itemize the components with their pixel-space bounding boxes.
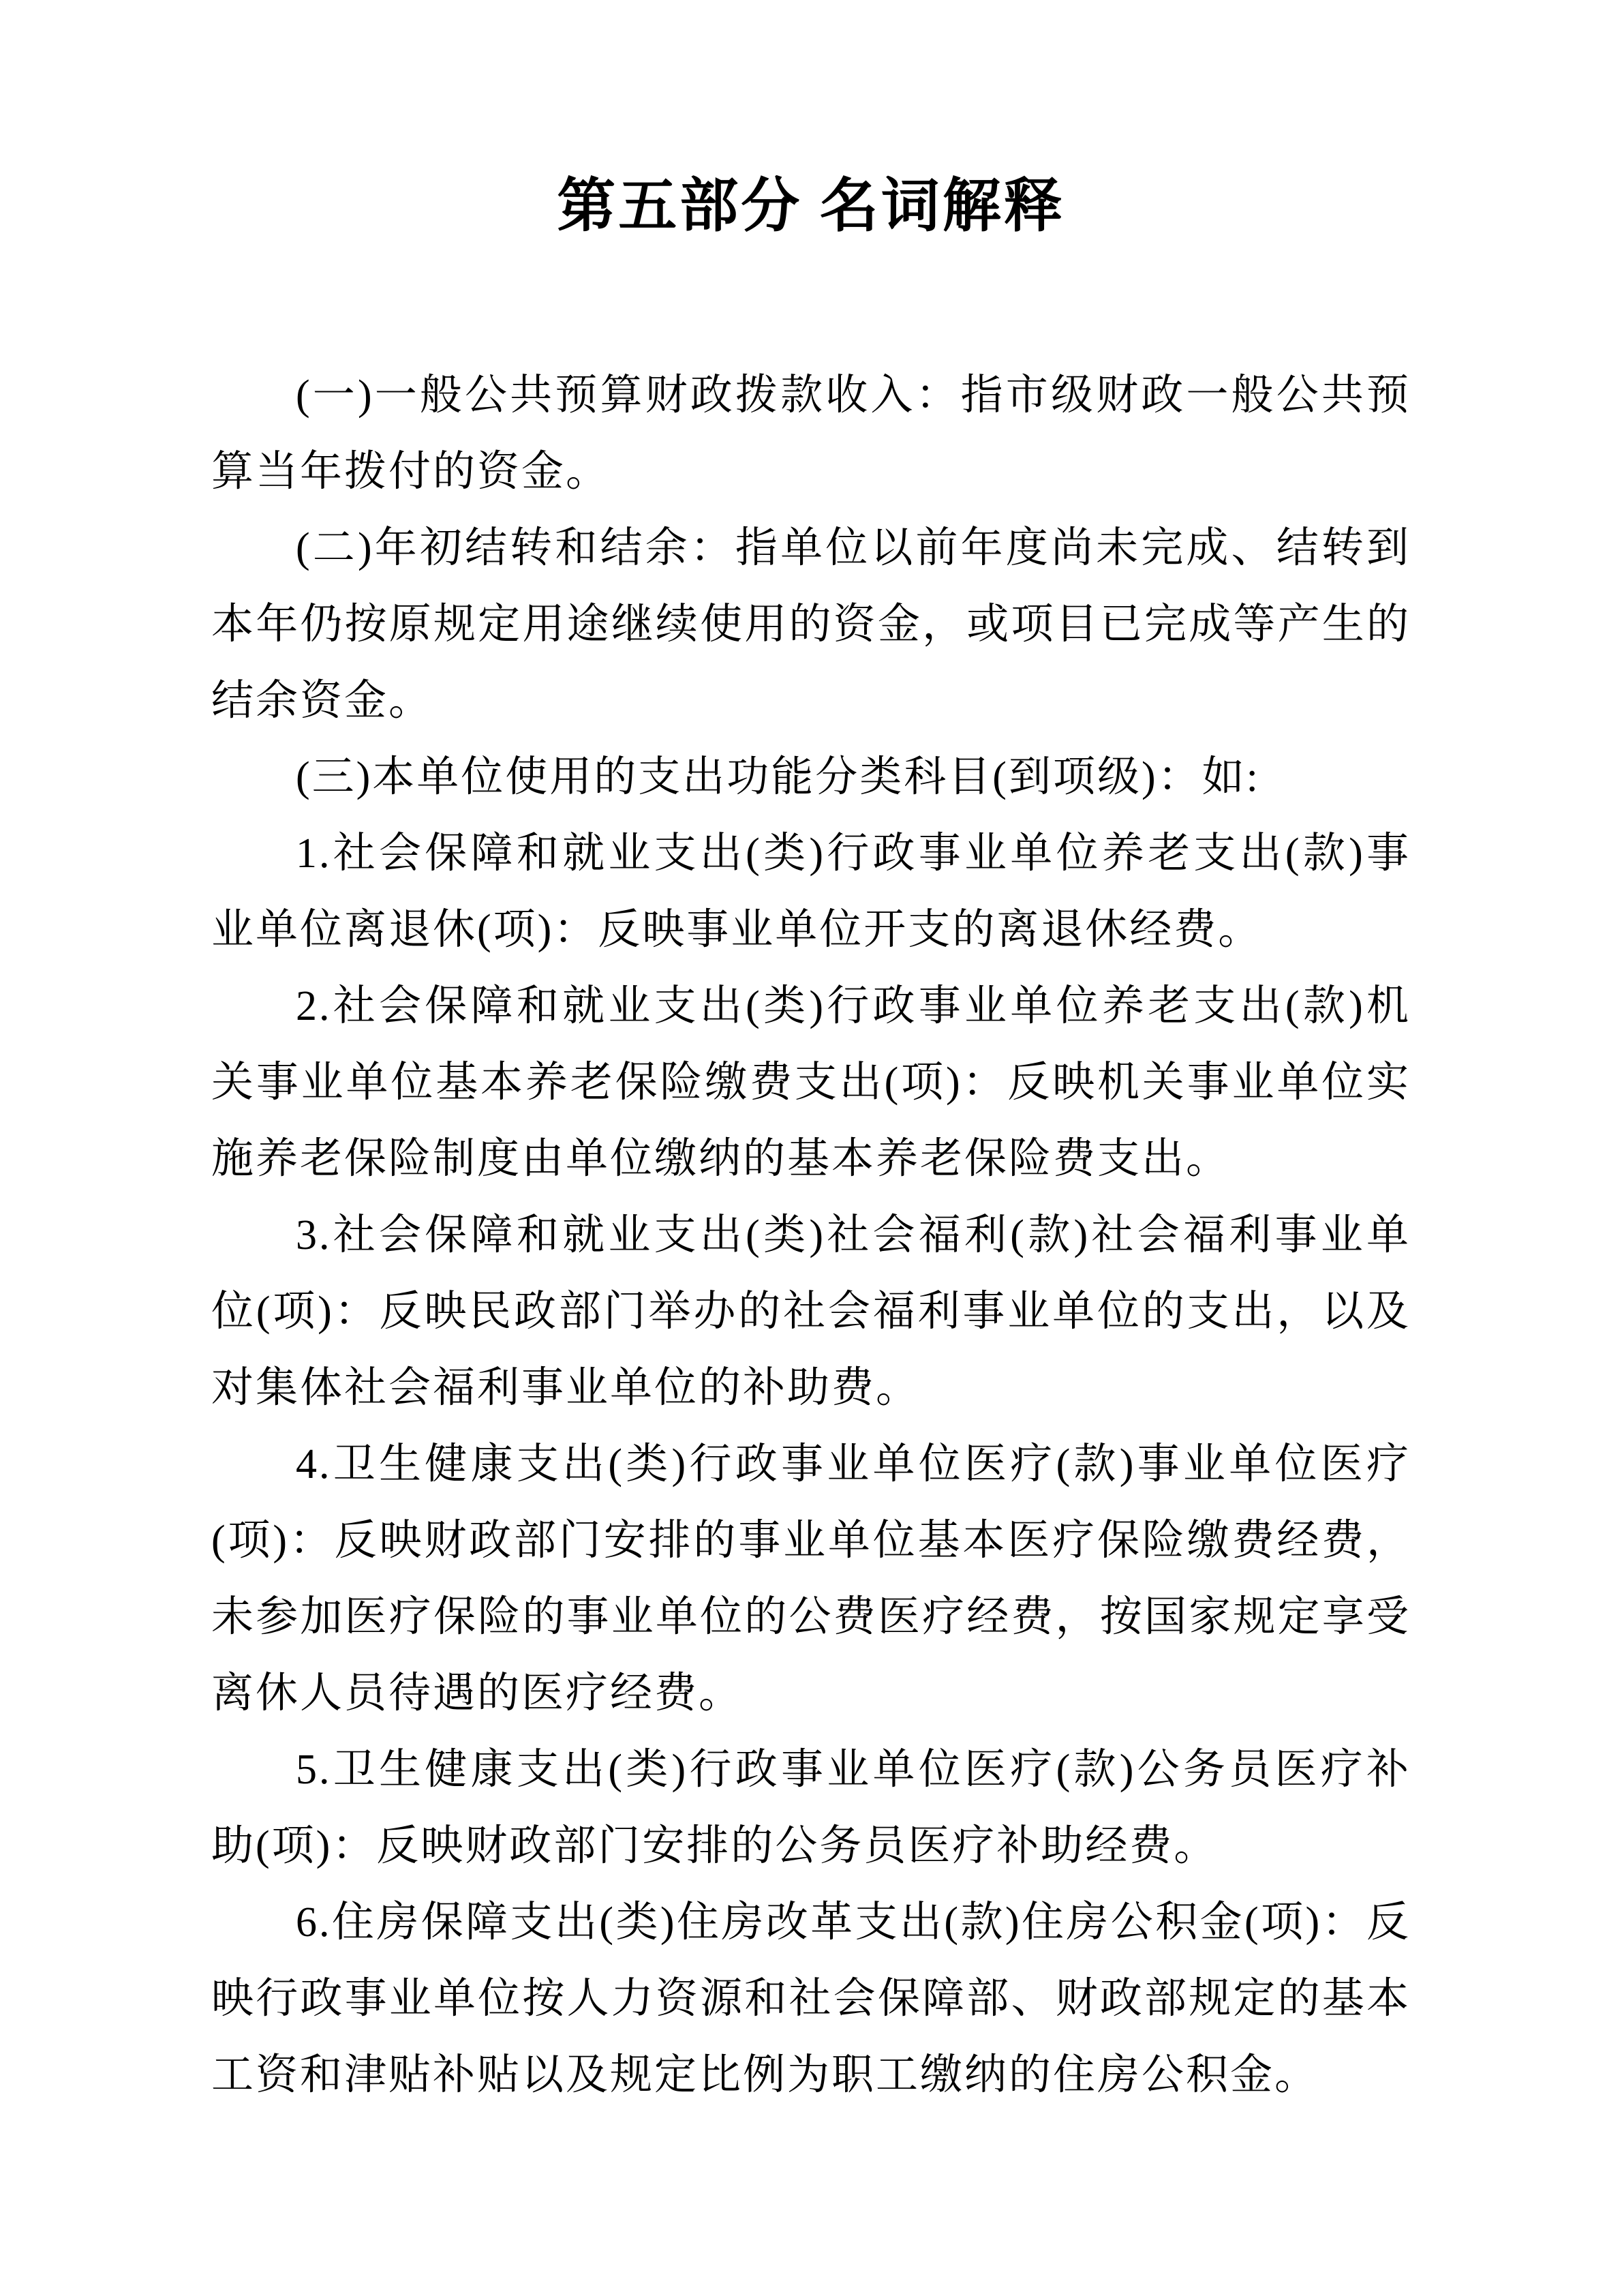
paragraph-item-1: 1.社会保障和就业支出(类)行政事业单位养老支出(款)事业单位离退休(项)：反映… <box>211 815 1411 968</box>
paragraph-definition-1: (一)一般公共预算财政拨款收入：指市级财政一般公共预算当年拨付的资金。 <box>211 357 1411 510</box>
paragraph-definition-2: (二)年初结转和结余：指单位以前年度尚未完成、结转到本年仍按原规定用途继续使用的… <box>211 510 1411 739</box>
page-title: 第五部分 名词解释 <box>0 0 1622 241</box>
paragraph-item-4: 4.卫生健康支出(类)行政事业单位医疗(款)事业单位医疗(项)：反映财政部门安排… <box>211 1426 1411 1732</box>
document-body: (一)一般公共预算财政拨款收入：指市级财政一般公共预算当年拨付的资金。 (二)年… <box>211 357 1411 2113</box>
paragraph-definition-3: (三)本单位使用的支出功能分类科目(到项级)：如: <box>211 739 1411 815</box>
paragraph-item-3: 3.社会保障和就业支出(类)社会福利(款)社会福利事业单位(项)：反映民政部门举… <box>211 1197 1411 1426</box>
paragraph-item-6: 6.住房保障支出(类)住房改革支出(款)住房公积金(项)：反映行政事业单位按人力… <box>211 1884 1411 2113</box>
paragraph-item-2: 2.社会保障和就业支出(类)行政事业单位养老支出(款)机关事业单位基本养老保险缴… <box>211 968 1411 1197</box>
document-page: 第五部分 名词解释 (一)一般公共预算财政拨款收入：指市级财政一般公共预算当年拨… <box>0 0 1622 2296</box>
paragraph-item-5: 5.卫生健康支出(类)行政事业单位医疗(款)公务员医疗补助(项)：反映财政部门安… <box>211 1732 1411 1884</box>
